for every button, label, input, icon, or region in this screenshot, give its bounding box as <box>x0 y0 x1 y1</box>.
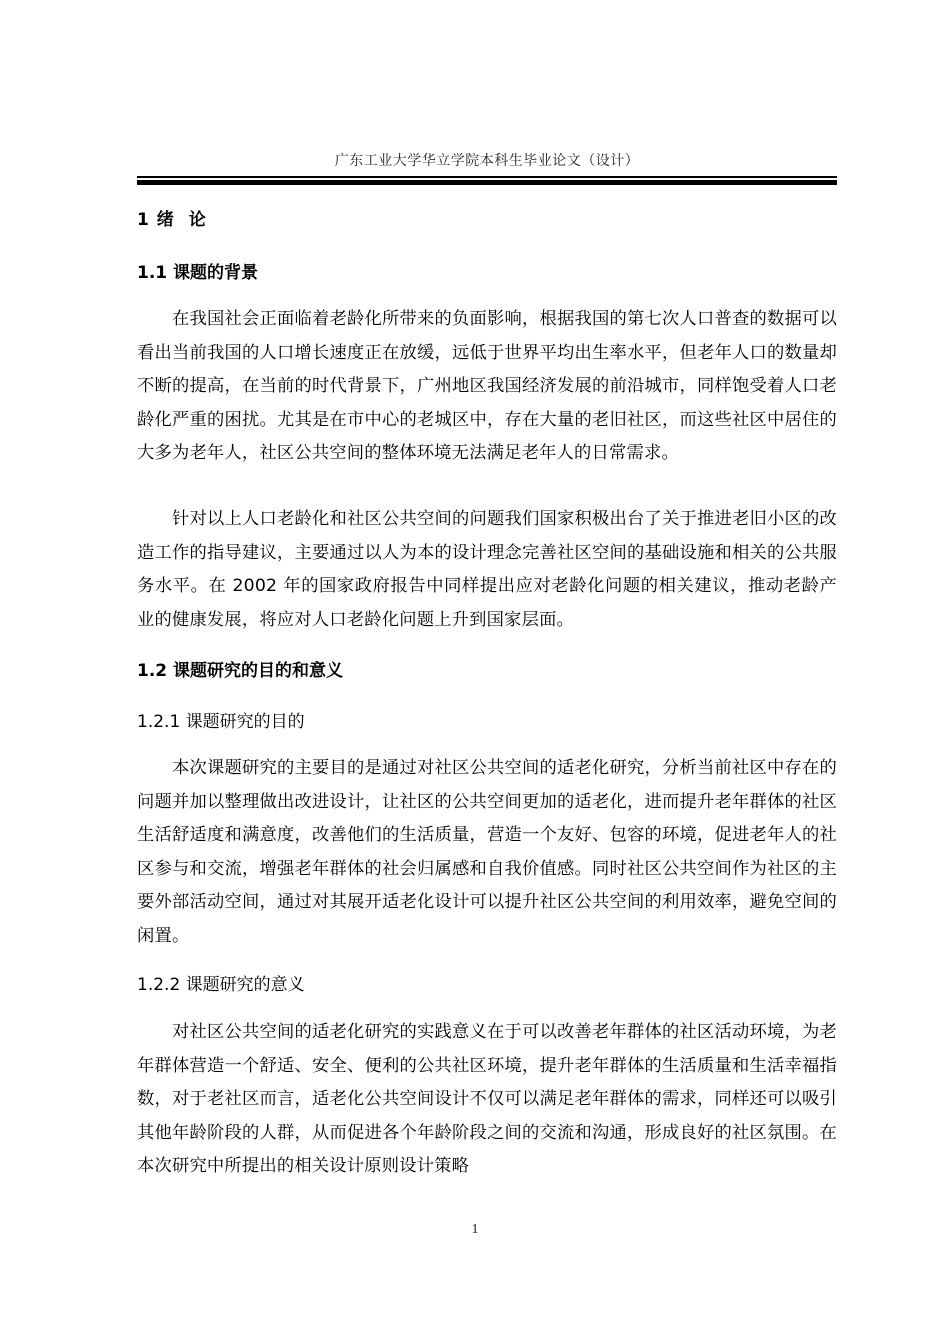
subsection-heading-1-2-1: 1.2.1 课题研究的目的 <box>137 707 305 732</box>
document-page: 广东工业大学华立学院本科生毕业论文（设计） 1 绪论 1.1 课题的背景 在我国… <box>0 0 950 1344</box>
chapter-heading: 1 绪论 <box>137 205 207 230</box>
chapter-title-part-2: 论 <box>189 210 207 230</box>
section-heading-1-2: 1.2 课题研究的目的和意义 <box>137 656 343 681</box>
header-rule-thick <box>137 180 837 185</box>
paragraph-purpose: 本次课题研究的主要目的是通过对社区公共空间的适老化研究，分析当前社区中存在的问题… <box>137 752 837 953</box>
chapter-title-part-1: 绪 <box>157 210 175 230</box>
paragraph-background-1: 在我国社会正面临着老龄化所带来的负面影响，根据我国的第七次人口普查的数据可以看出… <box>137 303 837 471</box>
paragraph-significance: 对社区公共空间的适老化研究的实践意义在于可以改善老年群体的社区活动环境，为老年群… <box>137 1016 837 1184</box>
section-heading-1-1: 1.1 课题的背景 <box>137 258 258 283</box>
chapter-number: 1 <box>137 210 150 230</box>
paragraph-background-2: 针对以上人口老龄化和社区公共空间的问题我们国家积极出台了关于推进老旧小区的改造工… <box>137 503 837 637</box>
running-header: 广东工业大学华立学院本科生毕业论文（设计） <box>137 150 837 170</box>
header-rule-thin <box>137 176 837 178</box>
subsection-heading-1-2-2: 1.2.2 课题研究的意义 <box>137 970 305 995</box>
page-number: 1 <box>0 1222 950 1238</box>
